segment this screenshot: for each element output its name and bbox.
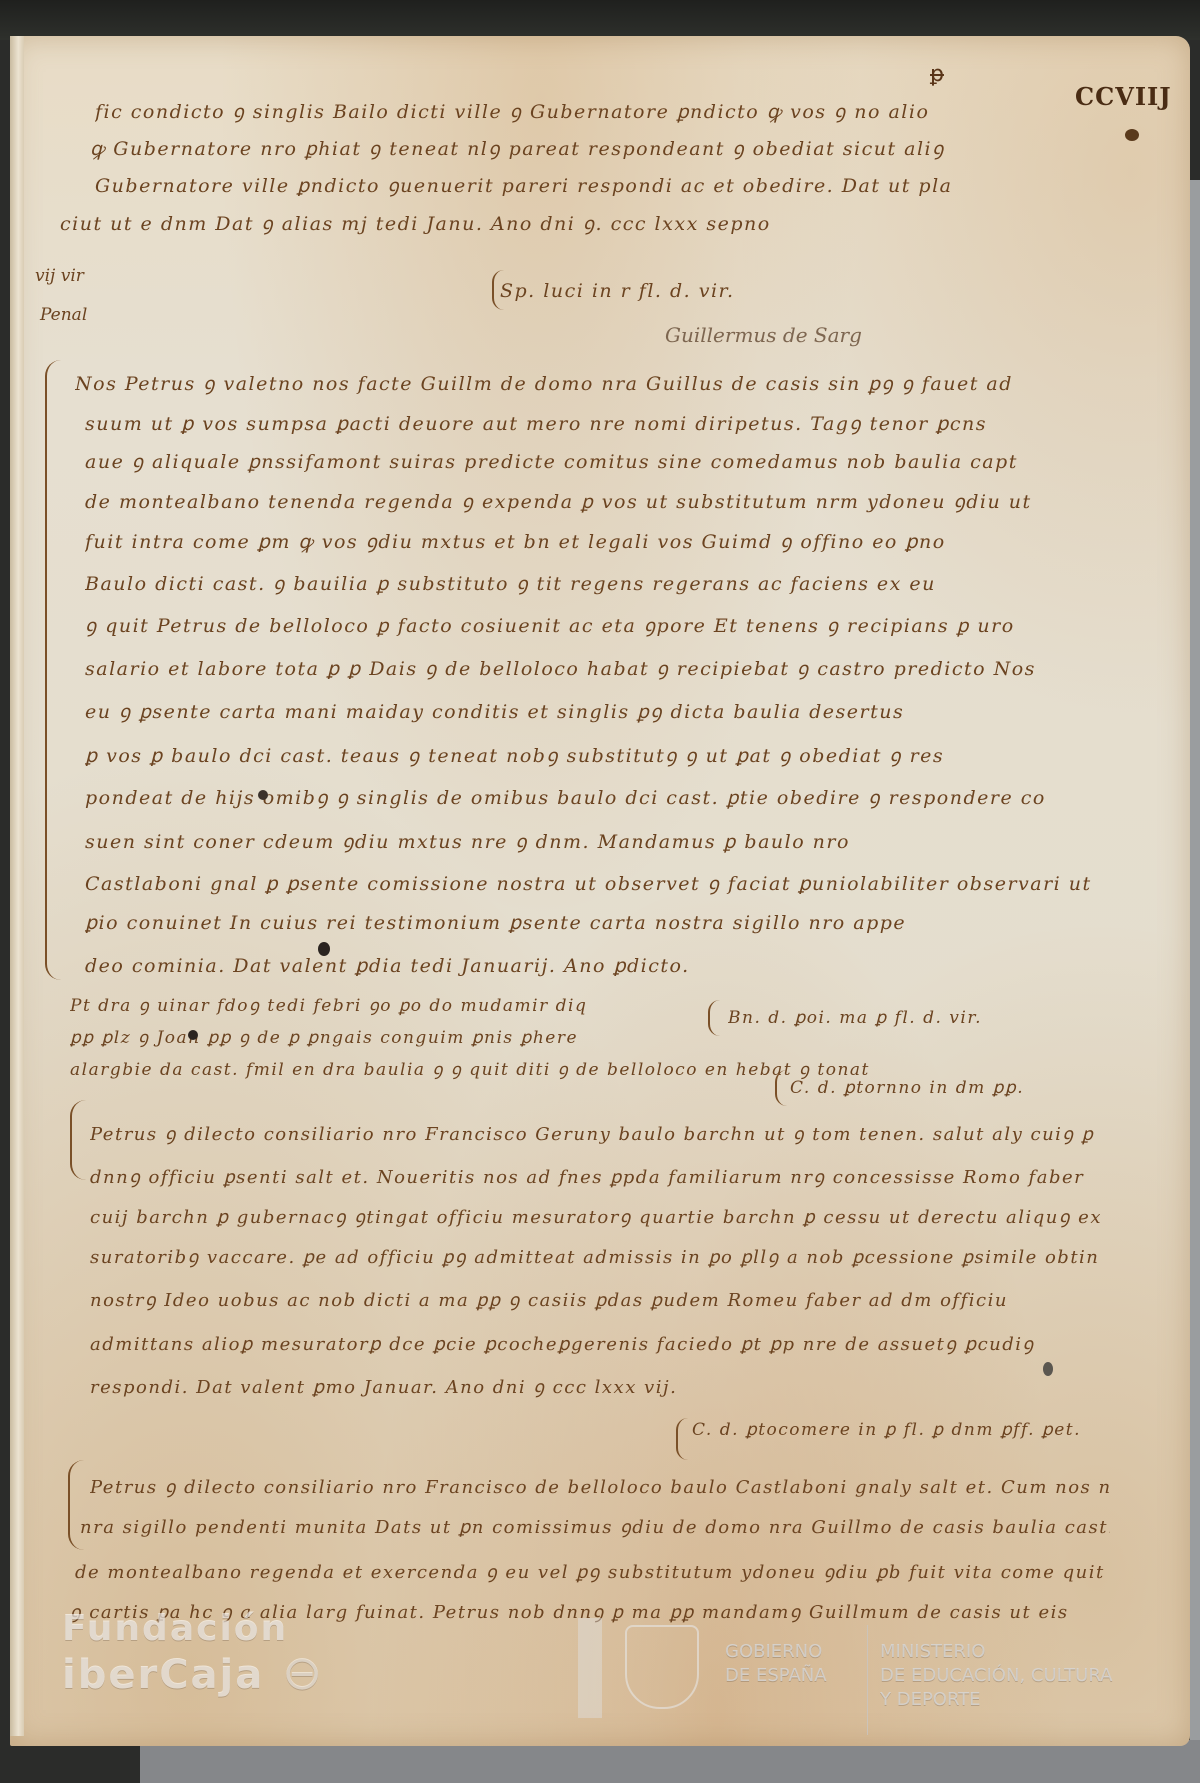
watermark-ministry-line1: MINISTERIO	[880, 1640, 985, 1664]
watermark-gov-line1: GOBIERNO	[725, 1640, 822, 1664]
ink-dot	[318, 942, 330, 956]
entry-line: dnnꝯ officiu ꝑsenti salt et. Noueritis n…	[90, 1165, 1100, 1189]
registration-note: Sp. luci in r fl. d. vir.	[500, 280, 920, 302]
entry-line: salario et labore tota ꝑ ꝑ Dais ꝯ de bel…	[85, 655, 1105, 681]
watermark-foundation-line1: Fundación	[62, 1608, 288, 1649]
addendum-line: alargbie da cast. fmil en dra baulia ꝯ ꝯ…	[70, 1057, 1100, 1080]
entry-line: fic condicto ꝯ singlis Bailo dicti ville…	[95, 98, 1075, 124]
underlying-sheet	[140, 1740, 1200, 1783]
entry-line: Petrus ꝯ dilecto consiliario nro Francis…	[90, 1475, 1110, 1499]
entry-line: de montealbano regenda et exercenda ꝯ eu…	[75, 1560, 1115, 1584]
entry-line: ꝑio conuinet In cuius rei testimonium ꝑs…	[85, 912, 1105, 934]
entry-line: Nos Petrus ꝯ valetno nos facte Guillm de…	[75, 370, 1095, 396]
note-bracket	[775, 1070, 787, 1106]
watermark-gov-line2: DE ESPAÑA	[725, 1664, 827, 1688]
page-hole	[1043, 1362, 1053, 1376]
entry-line: Baulo dicti cast. ꝯ bauilia ꝑ substituto…	[85, 570, 1105, 596]
entry-line: ꝙ Gubernatore nro ꝑhiat ꝯ teneat nlꝯ par…	[90, 135, 1090, 161]
entry-line: deo cominia. Dat valent ꝑdia tedi Januar…	[85, 955, 885, 977]
corner-mark: ꝑ	[930, 62, 944, 87]
entry-line: admittans alioꝑ mesuratorꝑ dce ꝑcie ꝑcoc…	[90, 1332, 1100, 1356]
watermark-ministry-line2: DE EDUCACIÓN, CULTURA	[880, 1664, 1112, 1688]
eu-flag-bar-icon	[578, 1618, 602, 1718]
entry-line: de montealbano tenenda regenda ꝯ expenda…	[85, 488, 1105, 514]
scanner-top-band	[0, 0, 1200, 40]
entry-line: ꝑ vos ꝑ baulo dci cast. teaus ꝯ teneat n…	[85, 742, 1105, 768]
page-gutter	[10, 36, 24, 1736]
ink-blot	[1125, 129, 1139, 141]
entry-line: Petrus ꝯ dilecto consiliario nro Francis…	[90, 1122, 1100, 1146]
ibercaja-logo-icon: ⊖	[282, 1645, 322, 1701]
entry-line: suratoribꝯ vaccare. ꝑe ad officiu ꝑꝯ adm…	[90, 1245, 1100, 1269]
watermark-ministry-line3: Y DEPORTE	[880, 1688, 981, 1712]
margin-note-top: vij vir	[35, 266, 84, 286]
registration-note: C. d. ꝑtornno in dm ꝑꝑ.	[790, 1078, 1120, 1098]
ink-dot	[258, 790, 268, 800]
folio-number: CCVIIJ	[1075, 82, 1172, 111]
scanner-right-strip	[1190, 180, 1200, 1740]
entry-line: aue ꝯ aliquale ꝑnssifamont suiras predic…	[85, 448, 1105, 474]
margin-note-penal: Penal	[40, 305, 87, 325]
entry-line: ꝯ quit Petrus de belloloco ꝑ facto cosiu…	[85, 612, 1105, 638]
entry-line: Gubernatore ville ꝑndicto ꝯuenuerit pare…	[95, 172, 1085, 198]
entry-line: eu ꝯ ꝑsente carta mani maiday conditis e…	[85, 698, 1105, 724]
entry-line: cuij barchn ꝑ gubernacꝯ ꝯtingat officiu …	[90, 1205, 1100, 1229]
entry-line: suum ut ꝑ vos sumpsa ꝑacti deuore aut me…	[85, 410, 1105, 436]
entry-line: respondi. Dat valent ꝑmo Januar. Ano dni…	[90, 1375, 790, 1399]
scribe-signature: Guillermus de Sarg	[665, 323, 862, 347]
watermark-foundation-line2: iberCaja	[62, 1652, 264, 1698]
entry-line: pondeat de hijs omibꝯ ꝯ singlis de omibu…	[85, 784, 1105, 810]
entry-line: ciut ut e dnm Dat ꝯ alias mj tedi Janu. …	[60, 210, 1090, 236]
entry-line: fuit intra come ꝑm ꝙ vos ꝯdiu mxtus et b…	[85, 528, 1105, 554]
entry-bracket	[70, 1100, 86, 1180]
entry-line: nra sigillo pendenti munita Dats ut ꝑn c…	[80, 1515, 1110, 1539]
addendum-line: ꝑꝑ ꝑlz ꝯ Joan ꝑꝑ ꝯ de ꝑ ꝑngais conguim ꝑ…	[70, 1025, 710, 1048]
entry-line: Castlaboni gnal ꝑ ꝑsente comissione nost…	[85, 870, 1105, 896]
entry-bracket	[45, 360, 61, 980]
watermark-divider	[867, 1625, 868, 1735]
entry-line: suen sint coner cdeum ꝯdiu mxtus nre ꝯ d…	[85, 828, 1105, 854]
ink-dot	[188, 1030, 198, 1040]
entry-line: nostrꝯ Ideo uobus ac nob dicti a ma ꝑꝑ ꝯ…	[90, 1288, 1100, 1312]
note-bracket	[708, 1000, 720, 1036]
coat-of-arms-icon	[625, 1625, 699, 1709]
note-bracket	[676, 1418, 688, 1460]
addendum-line: Pt dra ꝯ uinar fdoꝯ tedi febri ꝯo ꝑo do …	[70, 993, 690, 1016]
registration-note: C. d. ꝑtocomere in ꝑ fl. ꝑ dnm ꝑff. ꝑet.	[692, 1420, 1132, 1440]
note-bracket	[492, 270, 504, 310]
registration-note: Bn. d. ꝑoi. ma ꝑ fl. d. vir.	[728, 1008, 1108, 1028]
